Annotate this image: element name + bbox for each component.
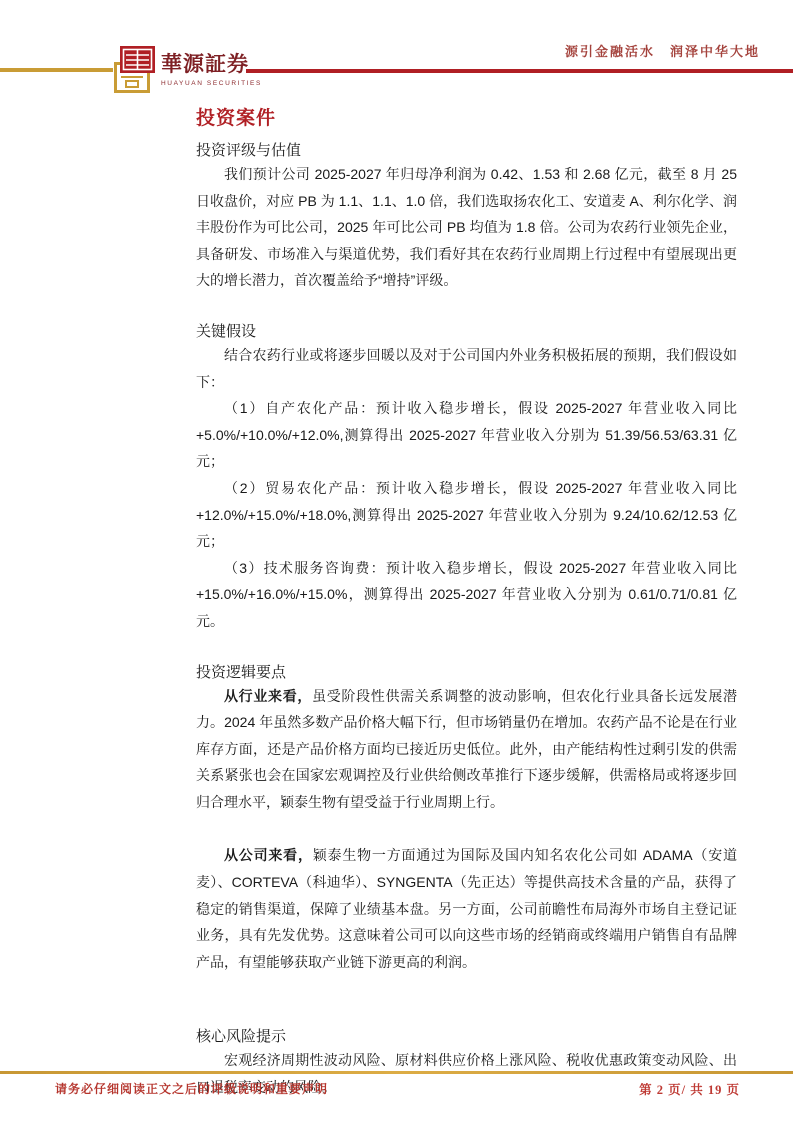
page-title: 投资案件 bbox=[196, 103, 737, 130]
paragraph-text: 颖泰生物一方面通过为国际及国内知名农化公司如 ADAMA（安道麦）、CORTEV… bbox=[196, 847, 737, 969]
paragraph-text: 结合农药行业或将逐步回暖以及对于公司国内外业务积极拓展的预期，我们假设如下： bbox=[196, 347, 737, 390]
footer-disclaimer: 请务必仔细阅读正文之后的评级说明和重要声明 bbox=[55, 1080, 328, 1097]
paragraph-lead: 从公司来看， bbox=[224, 847, 313, 863]
header-tagline: 源引金融活水 润泽中华大地 bbox=[565, 41, 760, 60]
report-page: 源引金融活水 润泽中华大地 華源証券 HUAYUAN SECURITIES bbox=[0, 0, 793, 1122]
paragraph: （2）贸易农化产品：预计收入稳步增长，假设 2025-2027 年营业收入同比 … bbox=[196, 475, 737, 555]
company-logo bbox=[114, 46, 156, 94]
paragraph-text: （2）贸易农化产品：预计收入稳步增长，假设 2025-2027 年营业收入同比 … bbox=[196, 480, 737, 549]
paragraph-text: 我们预计公司 2025-2027 年归母净利润为 0.42、1.53 和 2.6… bbox=[196, 166, 737, 288]
paragraph: 从行业来看，虽受阶段性供需关系调整的波动影响，但农化行业具备长远发展潜力。202… bbox=[196, 683, 737, 816]
brand-name-cn: 華源証券 bbox=[161, 50, 281, 79]
section-key-assumptions: 关键假设 结合农药行业或将逐步回暖以及对于公司国内外业务积极拓展的预期，我们假设… bbox=[196, 320, 737, 635]
report-body: 投资案件 投资评级与估值 我们预计公司 2025-2027 年归母净利润为 0.… bbox=[196, 103, 737, 1101]
section-rating-valuation: 投资评级与估值 我们预计公司 2025-2027 年归母净利润为 0.42、1.… bbox=[196, 139, 737, 294]
header-gold-rule bbox=[0, 68, 113, 72]
paragraph: （3）技术服务咨询费：预计收入稳步增长，假设 2025-2027 年营业收入同比… bbox=[196, 555, 737, 635]
page-header: 源引金融活水 润泽中华大地 華源証券 HUAYUAN SECURITIES bbox=[0, 0, 793, 104]
paragraph: 从公司来看，颖泰生物一方面通过为国际及国内知名农化公司如 ADAMA（安道麦）、… bbox=[196, 842, 737, 975]
section-heading: 关键假设 bbox=[196, 320, 737, 341]
paragraph-text: （1）自产农化产品：预计收入稳步增长，假设 2025-2027 年营业收入同比 … bbox=[196, 400, 737, 469]
brand-block: 華源証券 HUAYUAN SECURITIES bbox=[161, 50, 281, 87]
paragraph-lead: 从行业来看， bbox=[224, 688, 312, 704]
section-heading: 投资逻辑要点 bbox=[196, 661, 737, 682]
section-heading: 核心风险提示 bbox=[196, 1025, 737, 1046]
seal-icon bbox=[114, 46, 156, 94]
paragraph-text: 虽受阶段性供需关系调整的波动影响，但农化行业具备长远发展潜力。2024 年虽然多… bbox=[196, 688, 737, 810]
footer-page-number: 第 2 页/ 共 19 页 bbox=[639, 1080, 740, 1098]
brand-name-en: HUAYUAN SECURITIES bbox=[161, 80, 281, 87]
paragraph: （1）自产农化产品：预计收入稳步增长，假设 2025-2027 年营业收入同比 … bbox=[196, 395, 737, 475]
section-heading: 投资评级与估值 bbox=[196, 139, 737, 160]
section-investment-logic: 投资逻辑要点 从行业来看，虽受阶段性供需关系调整的波动影响，但农化行业具备长远发… bbox=[196, 661, 737, 976]
header-red-rule bbox=[246, 69, 793, 73]
footer-gold-rule bbox=[0, 1071, 793, 1074]
paragraph: 结合农药行业或将逐步回暖以及对于公司国内外业务积极拓展的预期，我们假设如下： bbox=[196, 342, 737, 395]
paragraph: 我们预计公司 2025-2027 年归母净利润为 0.42、1.53 和 2.6… bbox=[196, 161, 737, 294]
paragraph-text: （3）技术服务咨询费：预计收入稳步增长，假设 2025-2027 年营业收入同比… bbox=[196, 560, 737, 629]
